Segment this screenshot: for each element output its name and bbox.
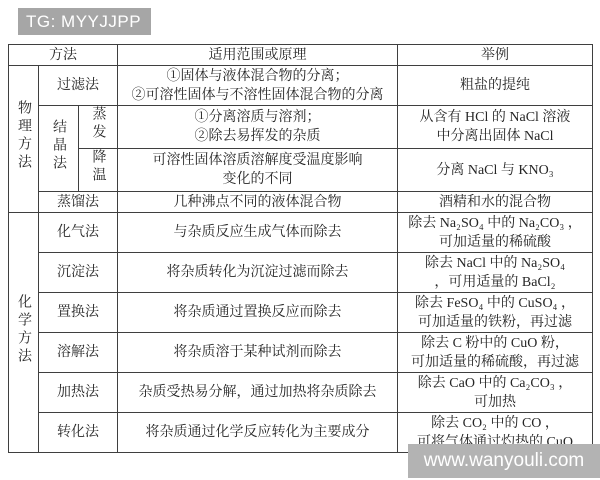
displacement-example: 除去 FeSO₄ 中的 CuSO₄ ， 可加适量的铁粉，再过滤 — [398, 293, 593, 333]
evaporation-example: 从含有 HCl 的 NaCl 溶液 中分离出固体 NaCl — [398, 106, 593, 149]
heating-example: 除去 CaO 中的 Ca₂CO₃ ， 可加热 — [398, 373, 593, 413]
heating-example-line2: 可加热 — [400, 393, 590, 412]
displacement-example-line2: 可加适量的铁粉，再过滤 — [400, 313, 590, 332]
distillation-method: 蒸馏法 — [39, 192, 118, 213]
row-gasification: 化学方法 化气法 与杂质反应生成气体而除去 除去 Na₂SO₄ 中的 Na₂CO… — [9, 213, 593, 253]
cooling-method: 降温 — [79, 149, 118, 192]
row-precipitation: 沉淀法 将杂质转化为沉淀过滤而除去 除去 NaCl 中的 Na₂SO₄ ，可用适… — [9, 253, 593, 293]
gasification-example: 除去 Na₂SO₄ 中的 Na₂CO₃ ， 可加适量的稀硫酸 — [398, 213, 593, 253]
precipitation-principle: 将杂质转化为沉淀过滤而除去 — [118, 253, 398, 293]
filter-example: 粗盐的提纯 — [398, 66, 593, 106]
displacement-example-line1: 除去 FeSO₄ 中的 CuSO₄ ， — [400, 294, 590, 313]
displacement-principle: 将杂质通过置换反应而除去 — [118, 293, 398, 333]
precipitation-example-line2: ，可用适量的 BaCl₂ — [400, 273, 590, 292]
cooling-principle-line2: 变化的不同 — [120, 170, 395, 189]
heating-method: 加热法 — [39, 373, 118, 413]
row-distillation: 蒸馏法 几种沸点不同的液体混合物 酒精和水的混合物 — [9, 192, 593, 213]
cooling-principle-line1: 可溶性固体溶质溶解度受温度影响 — [120, 151, 395, 170]
distillation-example: 酒精和水的混合物 — [398, 192, 593, 213]
tg-badge: TG: MYYJJPP — [18, 8, 151, 35]
displacement-method: 置换法 — [39, 293, 118, 333]
dissolution-example-line1: 除去 C 粉中的 CuO 粉， — [400, 334, 590, 353]
precipitation-method: 沉淀法 — [39, 253, 118, 293]
header-principle: 适用范围或原理 — [118, 45, 398, 66]
filter-principle-line2: ②可溶性固体与不溶性固体混合物的分离 — [120, 86, 395, 105]
heating-example-line1: 除去 CaO 中的 Ca₂CO₃ ， — [400, 374, 590, 393]
conversion-method: 转化法 — [39, 413, 118, 453]
evaporation-example-line2: 中分离出固体 NaCl — [400, 127, 590, 146]
gasification-method: 化气法 — [39, 213, 118, 253]
filter-method: 过滤法 — [39, 66, 118, 106]
gasification-principle: 与杂质反应生成气体而除去 — [118, 213, 398, 253]
evaporation-principle: ①分离溶质与溶剂； ②除去易挥发的杂质 — [118, 106, 398, 149]
precipitation-example-line1: 除去 NaCl 中的 Na₂SO₄ — [400, 254, 590, 273]
filter-principle: ①固体与液体混合物的分离； ②可溶性固体与不溶性固体混合物的分离 — [118, 66, 398, 106]
conversion-principle: 将杂质通过化学反应转化为主要成分 — [118, 413, 398, 453]
dissolution-principle: 将杂质溶于某种试剂而除去 — [118, 333, 398, 373]
evaporation-principle-line1: ①分离溶质与溶剂； — [120, 108, 395, 127]
header-example: 举例 — [398, 45, 593, 66]
dissolution-example-line2: 可加适量的稀硫酸，再过滤 — [400, 353, 590, 372]
precipitation-example: 除去 NaCl 中的 Na₂SO₄ ，可用适量的 BaCl₂ — [398, 253, 593, 293]
gasification-example-line1: 除去 Na₂SO₄ 中的 Na₂CO₃ ， — [400, 214, 590, 233]
cooling-principle: 可溶性固体溶质溶解度受温度影响 变化的不同 — [118, 149, 398, 192]
header-method: 方法 — [9, 45, 118, 66]
conversion-example-line1: 除去 CO₂ 中的 CO ， — [400, 414, 590, 433]
row-filter: 物理方法 过滤法 ①固体与液体混合物的分离； ②可溶性固体与不溶性固体混合物的分… — [9, 66, 593, 106]
row-dissolution: 溶解法 将杂质溶于某种试剂而除去 除去 C 粉中的 CuO 粉， 可加适量的稀硫… — [9, 333, 593, 373]
distillation-principle: 几种沸点不同的液体混合物 — [118, 192, 398, 213]
page-background: TG: MYYJJPP 方法 适用范围或原理 举例 物理方法 过滤法 ①固体与液… — [0, 0, 600, 480]
group-chemical-methods: 化学方法 — [9, 213, 39, 453]
cooling-example: 分离 NaCl 与 KNO₃ — [398, 149, 593, 192]
watermark-bar: www.wanyouli.com — [408, 444, 600, 478]
row-displacement: 置换法 将杂质通过置换反应而除去 除去 FeSO₄ 中的 CuSO₄ ， 可加适… — [9, 293, 593, 333]
evaporation-method: 蒸发 — [79, 106, 118, 149]
crystallization-label: 结晶法 — [39, 106, 79, 192]
filter-principle-line1: ①固体与液体混合物的分离； — [120, 67, 395, 86]
group-physical-methods: 物理方法 — [9, 66, 39, 213]
row-cooling: 降温 可溶性固体溶质溶解度受温度影响 变化的不同 分离 NaCl 与 KNO₃ — [9, 149, 593, 192]
heating-principle: 杂质受热易分解，通过加热将杂质除去 — [118, 373, 398, 413]
evaporation-principle-line2: ②除去易挥发的杂质 — [120, 127, 395, 146]
header-row: 方法 适用范围或原理 举例 — [9, 45, 593, 66]
watermark-text: www.wanyouli.com — [424, 450, 585, 472]
evaporation-example-line1: 从含有 HCl 的 NaCl 溶液 — [400, 108, 590, 127]
methods-table: 方法 适用范围或原理 举例 物理方法 过滤法 ①固体与液体混合物的分离； ②可溶… — [8, 44, 593, 453]
dissolution-example: 除去 C 粉中的 CuO 粉， 可加适量的稀硫酸，再过滤 — [398, 333, 593, 373]
gasification-example-line2: 可加适量的稀硫酸 — [400, 233, 590, 252]
row-evaporation: 结晶法 蒸发 ①分离溶质与溶剂； ②除去易挥发的杂质 从含有 HCl 的 NaC… — [9, 106, 593, 149]
dissolution-method: 溶解法 — [39, 333, 118, 373]
row-heating: 加热法 杂质受热易分解，通过加热将杂质除去 除去 CaO 中的 Ca₂CO₃ ，… — [9, 373, 593, 413]
